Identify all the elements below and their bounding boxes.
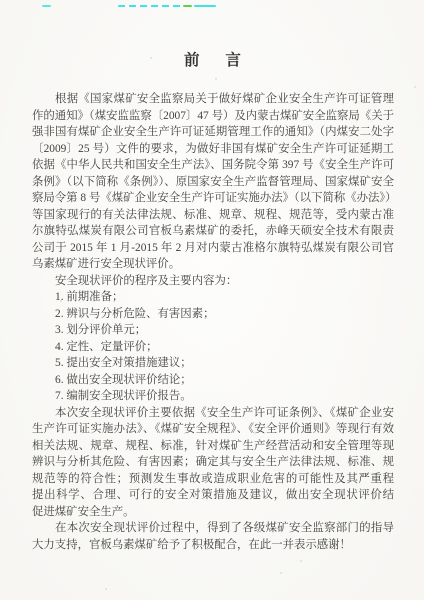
text-line: 生产许可证实施办法》、《煤矿安全规程》、《安全评价通则》等现行有效的 — [32, 421, 394, 438]
scan-speck — [215, 78, 217, 80]
scan-speck — [280, 572, 282, 574]
scan-artifact-green-dash — [183, 5, 192, 7]
text-line: 大力支持，官板乌素煤矿给予了积极配合，在此一并表示感谢！ — [32, 537, 394, 554]
text-line: 本次安全现状评价主要依据《安全生产许可证条例》、《煤矿企业安全 — [32, 405, 394, 422]
text-line: 相关法规、规章、规程、标准，针对煤矿生产经营活动和安全管理等现状， — [32, 438, 394, 455]
text-line: 作的通知》（煤安监监察〔2007〕47 号）及内蒙古煤矿安全监察局《关于加 — [32, 108, 394, 125]
text-line: 4. 定性、定量评价； — [32, 339, 394, 356]
page-title: 前 言 — [32, 48, 394, 70]
text-line: 强非国有煤矿企业安全生产许可证延期管理工作的通知》（内煤安二处字 — [32, 124, 394, 141]
document-body: 根据《国家煤矿安全监察局关于做好煤矿企业安全生产许可证管理工作的通知》（煤安监监… — [32, 91, 394, 553]
text-line: 1. 前期准备； — [32, 289, 394, 306]
scan-speck — [105, 588, 107, 590]
text-line: 乌素煤矿进行安全现状评价。 — [32, 256, 394, 273]
text-line: 公司于 2015 年 1 月-2015 年 2 月对内蒙古准格尔旗特弘煤炭有限公… — [32, 240, 394, 257]
text-line: 促进煤矿安全生产。 — [32, 504, 394, 521]
text-line: 在本次安全现状评价过程中，得到了各级煤矿安全监察部门的指导和 — [32, 520, 394, 537]
scan-artifact-solid-dash — [194, 5, 216, 7]
text-line: 安全现状评价的程序及主要内容为： — [32, 273, 394, 290]
document-page: 前 言 根据《国家煤矿安全监察局关于做好煤矿企业安全生产许可证管理工作的通知》（… — [0, 0, 424, 600]
text-line: 7. 编制安全现状评价报告。 — [32, 388, 394, 405]
text-line: 条例》（以下简称《条例》）、原国家安全生产监督管理局、国家煤矿安全监 — [32, 174, 394, 191]
text-line: 根据《国家煤矿安全监察局关于做好煤矿企业安全生产许可证管理工 — [32, 91, 394, 108]
text-line: 提出科学、合理、可行的安全对策措施及建议，做出安全现状评价结论， — [32, 487, 394, 504]
text-line: 察局令第 8 号《煤矿企业安全生产许可证实施办法》（以下简称《办法》） — [32, 190, 394, 207]
text-line: 辨识与分析其危险、有害因素；确定其与安全生产法律法规、标准、规章、 — [32, 454, 394, 471]
text-line: 规范等的符合性；预测发生事故或造成职业危害的可能性及其严重程度， — [32, 471, 394, 488]
text-line: 6. 做出安全现状评价结论； — [32, 372, 394, 389]
text-line: 等国家现行的有关法律法规、标准、规章、规程、规范等，受内蒙古准格 — [32, 207, 394, 224]
text-line: 〔2009〕25 号）文件的要求，为做好非国有煤矿安全生产许可证延期工作， — [32, 141, 394, 158]
text-line: 5. 提出安全对策措施建议； — [32, 355, 394, 372]
scan-speck — [300, 560, 302, 562]
text-line: 依据《中华人民共和国安全生产法》、国务院令第 397 号《安全生产许可证 — [32, 157, 394, 174]
text-line: 2. 辨识与分析危险、有害因素； — [32, 306, 394, 323]
text-line: 尔旗特弘煤炭有限公司官板乌素煤矿的委托，赤峰天硕安全技术有限责任 — [32, 223, 394, 240]
scan-artifact-dash — [42, 5, 51, 7]
scan-speck — [414, 86, 416, 88]
text-line: 3. 划分评价单元； — [32, 322, 394, 339]
